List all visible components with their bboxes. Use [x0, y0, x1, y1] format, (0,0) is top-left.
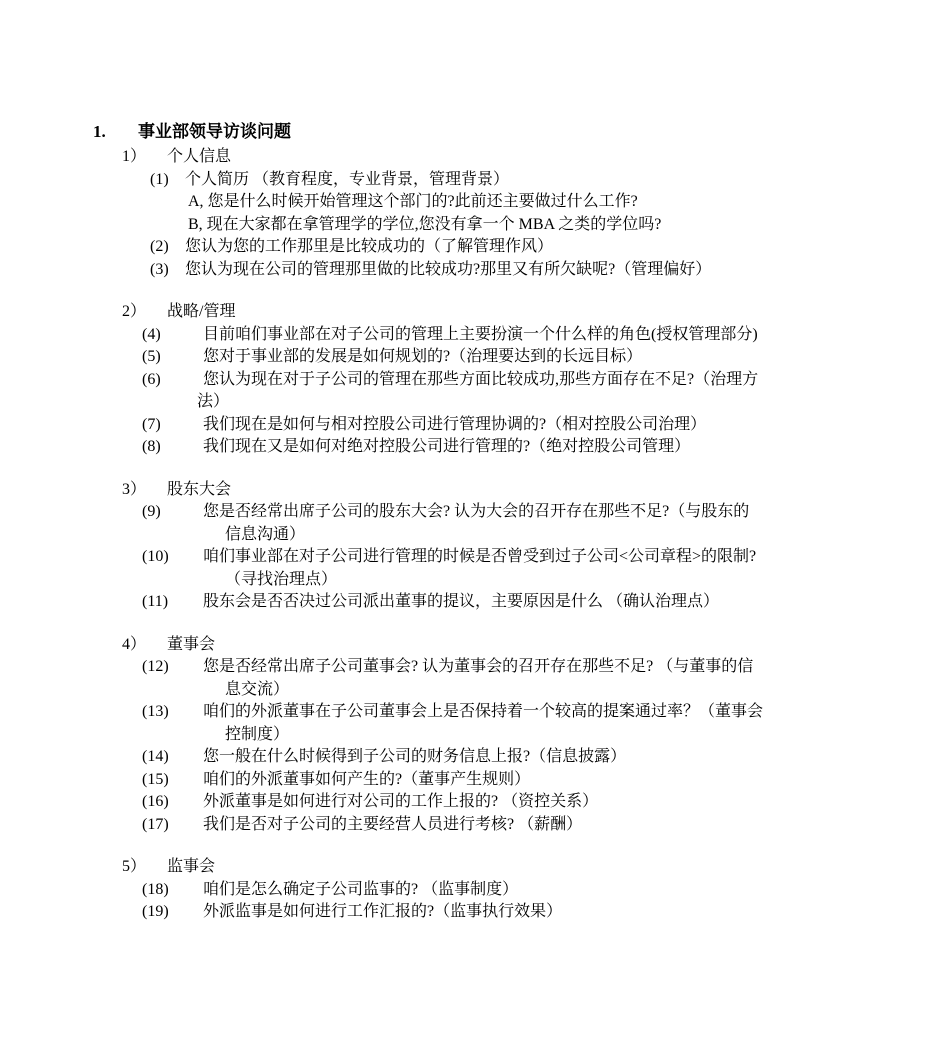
item-line: （寻找治理点） — [0, 569, 950, 592]
question-item: (18)咱们是怎么确定子公司监事的? （监事制度） — [0, 879, 950, 902]
item-line: 信息沟通） — [0, 524, 950, 547]
item-line: 息交流） — [0, 679, 950, 702]
item-number: (8) — [142, 436, 161, 459]
item-number: (15) — [142, 769, 169, 792]
item-number: (6) — [142, 369, 161, 392]
item-number: (4) — [142, 324, 161, 347]
section-header: 4）董事会 — [0, 634, 950, 657]
section-number: 5） — [122, 856, 146, 879]
question-item: (14)您一般在什么时候得到子公司的财务信息上报?（信息披露） — [0, 746, 950, 769]
question-item: (3)您认为现在公司的管理那里做的比较成功?那里又有所欠缺呢?（管理偏好） — [0, 259, 950, 282]
item-line: 您认为您的工作那里是比较成功的（了解管理作风） — [0, 236, 950, 259]
section-number: 2） — [122, 301, 146, 324]
item-number: (12) — [142, 656, 169, 679]
section: 4）董事会(12)您是否经常出席子公司董事会? 认为董事会的召开存在那些不足? … — [0, 634, 950, 837]
heading-number: 1. — [93, 120, 106, 143]
document-sections: 1）个人信息(1)个人简历 （教育程度，专业背景，管理背景）A, 您是什么时候开… — [0, 146, 950, 924]
question-item: (15)咱们的外派董事如何产生的?（董事产生规则） — [0, 769, 950, 792]
item-number: (11) — [142, 591, 168, 614]
item-line: 法） — [0, 391, 950, 414]
question-item: (7)我们现在是如何与相对控股公司进行管理协调的?（相对控股公司治理） — [0, 414, 950, 437]
doc-heading: 1. 事业部领导访谈问题 — [0, 120, 950, 143]
question-item: (11)股东会是否否决过公司派出董事的提议，主要原因是什么 （确认治理点） — [0, 591, 950, 614]
item-number: (19) — [142, 901, 169, 924]
heading-title: 事业部领导访谈问题 — [0, 120, 950, 143]
item-number: (1) — [150, 169, 169, 192]
question-item: (16)外派董事是如何进行对公司的工作上报的? （资控关系） — [0, 791, 950, 814]
section-header: 2）战略/管理 — [0, 301, 950, 324]
item-line: 个人简历 （教育程度，专业背景，管理背景） — [0, 169, 950, 192]
item-number: (3) — [150, 259, 169, 282]
question-item: (10)咱们事业部在对子公司进行管理的时候是否曾受到过子公司<公司章程>的限制?… — [0, 546, 950, 591]
item-number: (16) — [142, 791, 169, 814]
item-number: (2) — [150, 236, 169, 259]
item-line: 控制度） — [0, 724, 950, 747]
item-number: (7) — [142, 414, 161, 437]
section-header: 5）监事会 — [0, 856, 950, 879]
section-number: 3） — [122, 479, 146, 502]
section: 2）战略/管理(4)目前咱们事业部在对子公司的管理上主要扮演一个什么样的角色(授… — [0, 301, 950, 459]
item-number: (10) — [142, 546, 169, 569]
item-line: B, 现在大家都在拿管理学的学位,您没有拿一个 MBA 之类的学位吗? — [0, 214, 950, 237]
item-number: (13) — [142, 701, 169, 724]
question-item: (17)我们是否对子公司的主要经营人员进行考核? （薪酬） — [0, 814, 950, 837]
question-item: (19)外派监事是如何进行工作汇报的?（监事执行效果） — [0, 901, 950, 924]
item-number: (14) — [142, 746, 169, 769]
item-line: A, 您是什么时候开始管理这个部门的?此前还主要做过什么工作? — [0, 191, 950, 214]
question-item: (5)您对于事业部的发展是如何规划的?（治理要达到的长远目标） — [0, 346, 950, 369]
question-item: (6)您认为现在对于子公司的管理在那些方面比较成功,那些方面存在不足?（治理方法… — [0, 369, 950, 414]
question-item: (4)目前咱们事业部在对子公司的管理上主要扮演一个什么样的角色(授权管理部分) — [0, 324, 950, 347]
document-page: 1. 事业部领导访谈问题 1）个人信息(1)个人简历 （教育程度，专业背景，管理… — [0, 0, 950, 1059]
item-line: 您认为现在公司的管理那里做的比较成功?那里又有所欠缺呢?（管理偏好） — [0, 259, 950, 282]
question-item: (2)您认为您的工作那里是比较成功的（了解管理作风） — [0, 236, 950, 259]
section: 1）个人信息(1)个人简历 （教育程度，专业背景，管理背景）A, 您是什么时候开… — [0, 146, 950, 281]
item-number: (18) — [142, 879, 169, 902]
section: 5）监事会(18)咱们是怎么确定子公司监事的? （监事制度）(19)外派监事是如… — [0, 856, 950, 924]
section-header: 3）股东大会 — [0, 479, 950, 502]
question-item: (1)个人简历 （教育程度，专业背景，管理背景）A, 您是什么时候开始管理这个部… — [0, 169, 950, 237]
item-number: (5) — [142, 346, 161, 369]
question-item: (9)您是否经常出席子公司的股东大会? 认为大会的召开存在那些不足?（与股东的信… — [0, 501, 950, 546]
section-header: 1）个人信息 — [0, 146, 950, 169]
question-item: (8)我们现在又是如何对绝对控股公司进行管理的?（绝对控股公司管理） — [0, 436, 950, 459]
question-item: (13)咱们的外派董事在子公司董事会上是否保持着一个较高的提案通过率？（董事会控… — [0, 701, 950, 746]
item-number: (9) — [142, 501, 161, 524]
question-item: (12)您是否经常出席子公司董事会? 认为董事会的召开存在那些不足? （与董事的… — [0, 656, 950, 701]
section-number: 4） — [122, 634, 146, 657]
item-number: (17) — [142, 814, 169, 837]
section-number: 1） — [122, 146, 146, 169]
section: 3）股东大会(9)您是否经常出席子公司的股东大会? 认为大会的召开存在那些不足?… — [0, 479, 950, 614]
